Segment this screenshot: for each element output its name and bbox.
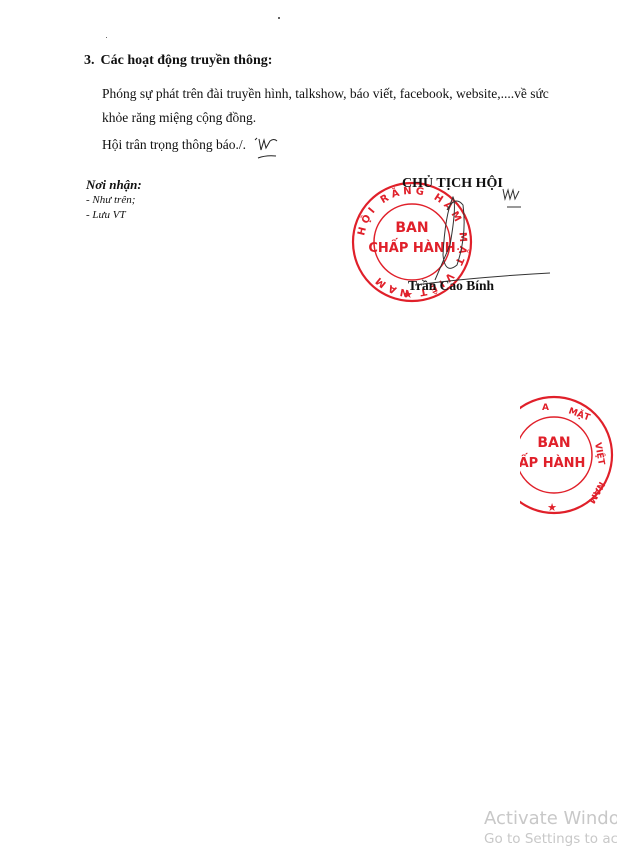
scan-speck — [106, 37, 107, 38]
svg-text:BAN: BAN — [537, 435, 570, 451]
svg-text:★: ★ — [547, 501, 557, 514]
svg-text:A: A — [542, 403, 549, 413]
recipients-block: Nơi nhận: - Như trên; - Lưu VT — [86, 177, 142, 223]
svg-text:NAM: NAM — [586, 480, 606, 505]
recipients-title: Nơi nhận: — [86, 177, 142, 193]
section-heading: 3.Các hoạt động truyền thông: — [84, 53, 272, 69]
section-body: Phóng sự phát trên đài truyền hình, talk… — [102, 82, 572, 130]
section-title: Các hoạt động truyền thông: — [101, 53, 273, 68]
section-number: 3. — [84, 53, 95, 68]
closing-line: Hội trân trọng thông báo./. — [102, 133, 246, 157]
scan-speck — [278, 17, 280, 19]
svg-text:VIỆT: VIỆT — [592, 442, 607, 467]
closing-text: Hội trân trọng thông báo./. — [102, 137, 246, 152]
initials-mark-icon — [252, 136, 282, 162]
recipient-item: - Như trên; — [86, 193, 142, 208]
partial-stamp: A MẶT VIỆT NAM BAN ẤP HÀNH ★ — [520, 393, 617, 519]
svg-text:ẤP HÀNH: ẤP HÀNH — [520, 453, 585, 471]
watermark-line2: Go to Settings to act — [484, 830, 617, 848]
watermark-line1: Activate Windo — [484, 808, 617, 830]
recipient-item: - Lưu VT — [86, 208, 142, 223]
signature-mark-icon — [395, 185, 555, 295]
windows-activation-watermark: Activate Windo Go to Settings to act — [484, 808, 617, 848]
